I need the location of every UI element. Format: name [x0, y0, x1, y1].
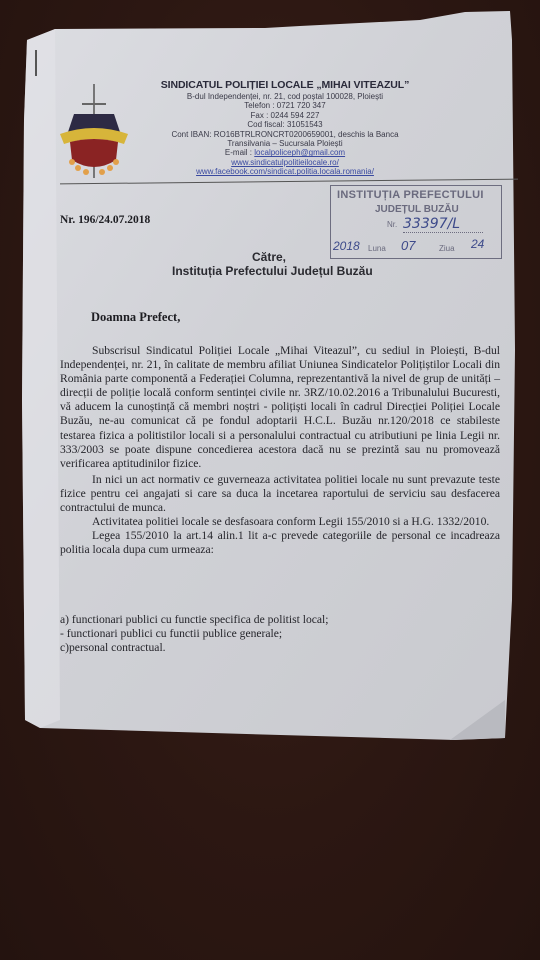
website-link[interactable]: www.sindicatulpolitieilocale.ro/	[150, 158, 420, 167]
stamp-month-value: 07	[401, 238, 415, 253]
pencil-mark	[35, 50, 37, 76]
stamp-nr-label: Nr.	[387, 220, 397, 229]
stamp-county: JUDEȚUL BUZĂU	[375, 204, 459, 215]
stamp-year: 2018	[333, 239, 360, 253]
address: B-dul Independenței, nr. 21, cod poștal …	[150, 92, 420, 101]
personnel-categories-list: a) functionari publici cu functie specif…	[60, 613, 500, 656]
to-label: Către,	[252, 250, 286, 264]
list-item: - functionari publici cu functii publice…	[60, 627, 500, 641]
paragraph: In nici un act normativ ce guverneaza ac…	[60, 473, 500, 515]
organization-name: SINDICATUL POLIȚIEI LOCALE „MIHAI VITEAZ…	[150, 79, 420, 91]
email-link[interactable]: localpoliceph@gmail.com	[254, 148, 345, 157]
paragraph: Legea 155/2010 la art.14 alin.1 lit a-c …	[60, 529, 500, 557]
stamp-day-value: 24	[471, 237, 484, 251]
stamp-day-label: Ziua	[439, 244, 455, 253]
paragraph: Activitatea politiei locale se desfasoar…	[60, 515, 500, 529]
letter-body: Subscrisul Sindicatul Poliției Locale „M…	[60, 344, 500, 557]
stamp-month-label: Luna	[368, 244, 386, 253]
phone: Telefon : 0721 720 347	[150, 101, 420, 110]
fax: Fax : 0244 594 227	[150, 111, 420, 120]
stamp-nr-value: 33397/L	[403, 216, 483, 233]
document-reference: Nr. 196/24.07.2018	[60, 214, 150, 226]
registration-stamp: INSTITUȚIA PREFECTULUI JUDEȚUL BUZĂU Nr.…	[330, 185, 502, 259]
salutation: Doamna Prefect,	[91, 310, 180, 325]
email-label: E-mail :	[225, 148, 252, 157]
union-crest-icon	[58, 82, 130, 182]
email-line: E-mail : localpoliceph@gmail.com	[150, 148, 420, 157]
recipient: Instituția Prefectului Județul Buzău	[172, 264, 373, 278]
list-item: a) functionari publici cu functie specif…	[60, 613, 500, 627]
list-item: c)personal contractual.	[60, 641, 500, 655]
stamp-institution: INSTITUȚIA PREFECTULUI	[337, 189, 484, 201]
iban: Cont IBAN: RO16BTRLRONCRT0200659001, des…	[150, 130, 420, 139]
bank: Transilvania – Sucursala Ploiești	[150, 139, 420, 148]
facebook-link[interactable]: www.facebook.com/sindicat.politia.locala…	[150, 167, 420, 176]
fiscal-code: Cod fiscal: 31051543	[150, 120, 420, 129]
letterhead: SINDICATUL POLIȚIEI LOCALE „MIHAI VITEAZ…	[150, 79, 420, 177]
paragraph: Subscrisul Sindicatul Poliției Locale „M…	[60, 344, 500, 471]
